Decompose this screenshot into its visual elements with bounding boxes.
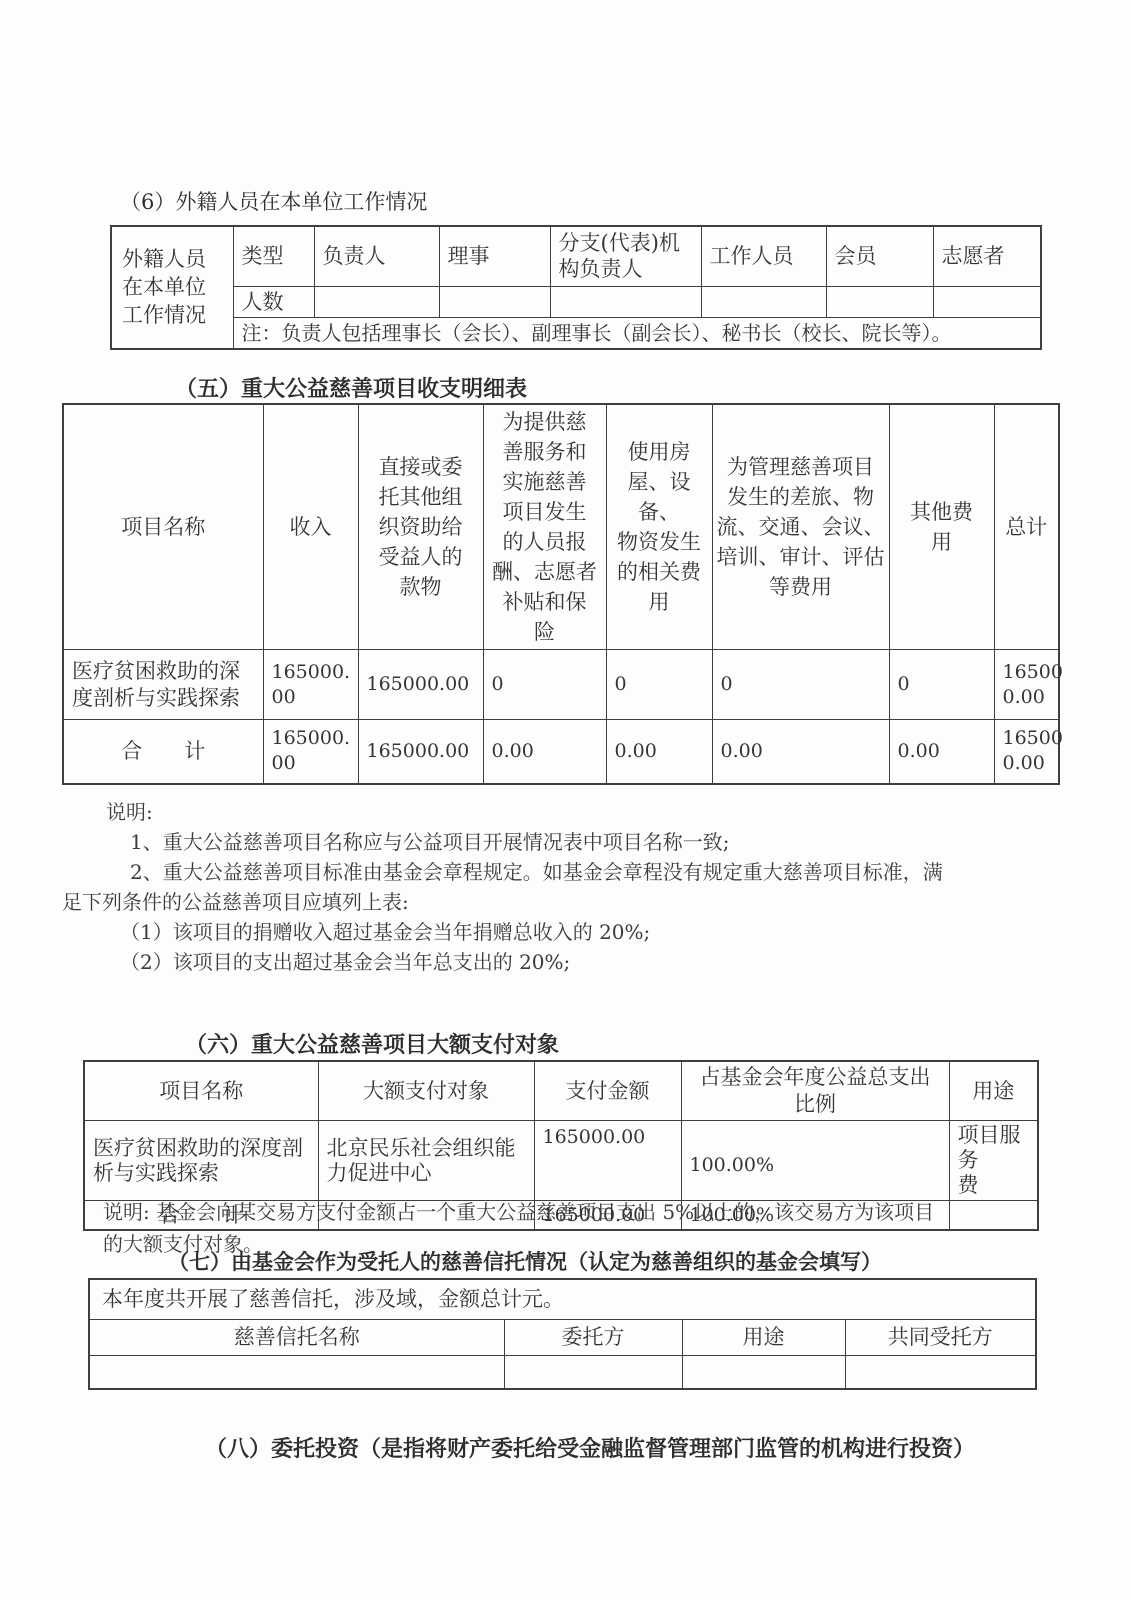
management-cost-cell: 0 [712,650,889,720]
section8-title: （八）委托投资（是指将财产委托给受金融监督管理部门监管的机构进行投资） [205,1432,975,1463]
income-cell: 165000. 00 [263,650,358,720]
note-line-2: 2、重大公益慈善项目标准由基金会章程规定。如基金会章程没有规定重大慈善项目标准，… [130,856,943,885]
document-page: （6）外籍人员在本单位工作情况 外籍人员在本单位工作情况 类型 负责人 理事 分… [0,0,1131,1600]
empty-cell [949,1201,1038,1231]
charitable-trust-table: 本年度共开展了慈善信托，涉及域，金额总计元。 慈善信托名称 委托方 用途 共同受… [88,1278,1037,1390]
empty-cell [933,286,1041,317]
col-header: 支付金额 [534,1061,681,1121]
note-line-2b: 足下列条件的公益慈善项目应填列上表: [62,886,409,915]
note-line-3: （1）该项目的捐赠收入超过基金会当年捐赠总收入的 20%; [120,916,650,945]
trust-summary-cell: 本年度共开展了慈善信托，涉及域，金额总计元。 [89,1279,1036,1319]
table-header-row: 慈善信托名称 委托方 用途 共同受托方 [89,1319,1036,1355]
total-label-cell: 合 计 [63,720,263,784]
table-total-row: 合 计 165000. 00 165000.00 0.00 0.00 0.00 … [63,720,1059,784]
project-name-cell: 医疗贫困救助的深度剖析与实践探索 [63,650,263,720]
col-header: 直接或委 托其他组 织资助给 受益人的 款物 [358,404,483,650]
col-header: 负责人 [314,226,439,286]
notes-heading: 说明: [106,796,153,825]
col-header: 用途 [949,1061,1038,1121]
col-header: 为提供慈 善服务和 实施慈善 项目发生 的人员报 酬、志愿者 补贴和保 险 [483,404,606,650]
facility-cost-cell: 0 [606,650,712,720]
col-header: 类型 [233,226,314,286]
col-header: 用途 [682,1319,845,1355]
note-line-4: （2）该项目的支出超过基金会当年总支出的 20%; [120,946,570,975]
empty-cell [439,286,550,317]
col-header: 占基金会年度公益总支出 比例 [681,1061,949,1121]
total-cell: 16500 0.00 [994,650,1059,720]
empty-cell [826,286,933,317]
amount-cell: 165000.00 [534,1121,681,1201]
other-cost-cell: 0 [889,650,994,720]
management-cost-cell: 0.00 [712,720,889,784]
col-header: 共同受托方 [845,1319,1036,1355]
col-header: 分支(代表)机构负责人 [550,226,701,286]
income-cell: 165000. 00 [263,720,358,784]
section5-title: （五）重大公益慈善项目收支明细表 [175,372,527,403]
total-cell: 16500 0.00 [994,720,1059,784]
table-row: 医疗贫困救助的深度剖析与实践探索 165000. 00 165000.00 0 … [63,650,1059,720]
empty-cell [550,286,701,317]
payee-cell: 北京民乐社会组织能力促进中心 [318,1121,534,1201]
empty-cell [504,1355,682,1389]
col-header: 项目名称 [63,404,263,650]
personnel-cost-cell: 0.00 [483,720,606,784]
table-row: 外籍人员在本单位工作情况 类型 负责人 理事 分支(代表)机构负责人 工作人员 … [111,226,1041,286]
empty-cell [89,1355,504,1389]
facility-cost-cell: 0.00 [606,720,712,784]
col-header: 工作人员 [701,226,826,286]
row-label-cell: 外籍人员在本单位工作情况 [111,226,233,349]
col-header: 会员 [826,226,933,286]
percentage-cell: 100.00% [681,1121,949,1201]
foreign-staff-table: 外籍人员在本单位工作情况 类型 负责人 理事 分支(代表)机构负责人 工作人员 … [110,225,1042,350]
project-name-cell: 医疗贫困救助的深度剖析与实践探索 [84,1121,318,1201]
col-header: 项目名称 [84,1061,318,1121]
empty-cell [314,286,439,317]
table-row: 医疗贫困救助的深度剖析与实践探索 北京民乐社会组织能力促进中心 165000.0… [84,1121,1038,1201]
col-header: 总计 [994,404,1059,650]
col-header: 大额支付对象 [318,1061,534,1121]
empty-cell [682,1355,845,1389]
empty-cell [701,286,826,317]
other-cost-cell: 0.00 [889,720,994,784]
table-note-cell: 注：负责人包括理事长（会长）、副理事长（副会长）、秘书长（校长、院长等）。 [233,317,1041,349]
table-row: 人数 [111,286,1041,317]
col-header: 为管理慈善项目 发生的差旅、物 流、交通、会议、 培训、审计、评估 等费用 [712,404,889,650]
col-header: 使用房 屋、设备、 物资发生 的相关费 用 [606,404,712,650]
col-header: 理事 [439,226,550,286]
direct-aid-cell: 165000.00 [358,650,483,720]
col-header: 其他费 用 [889,404,994,650]
count-label-cell: 人数 [233,286,314,317]
col-header: 慈善信托名称 [89,1319,504,1355]
empty-cell [845,1355,1036,1389]
table-row: 本年度共开展了慈善信托，涉及域，金额总计元。 [89,1279,1036,1319]
table-row [89,1355,1036,1389]
section6-title: （6）外籍人员在本单位工作情况 [120,186,427,216]
col-header: 志愿者 [933,226,1041,286]
personnel-cost-cell: 0 [483,650,606,720]
table-header-row: 项目名称 收入 直接或委 托其他组 织资助给 受益人的 款物 为提供慈 善服务和… [63,404,1059,650]
col-header: 收入 [263,404,358,650]
section6b-title: （六）重大公益慈善项目大额支付对象 [185,1028,559,1059]
col-header: 委托方 [504,1319,682,1355]
major-project-detail-table: 项目名称 收入 直接或委 托其他组 织资助给 受益人的 款物 为提供慈 善服务和… [62,403,1060,785]
note-line-1: 1、重大公益慈善项目名称应与公益项目开展情况表中项目名称一致; [130,826,729,855]
direct-aid-cell: 165000.00 [358,720,483,784]
usage-cell: 项目服务 费 [949,1121,1038,1201]
table-row: 注：负责人包括理事长（会长）、副理事长（副会长）、秘书长（校长、院长等）。 [111,317,1041,349]
table-header-row: 项目名称 大额支付对象 支付金额 占基金会年度公益总支出 比例 用途 [84,1061,1038,1121]
section7-title: （七）由基金会作为受托人的慈善信托情况（认定为慈善组织的基金会填写） [168,1246,882,1276]
